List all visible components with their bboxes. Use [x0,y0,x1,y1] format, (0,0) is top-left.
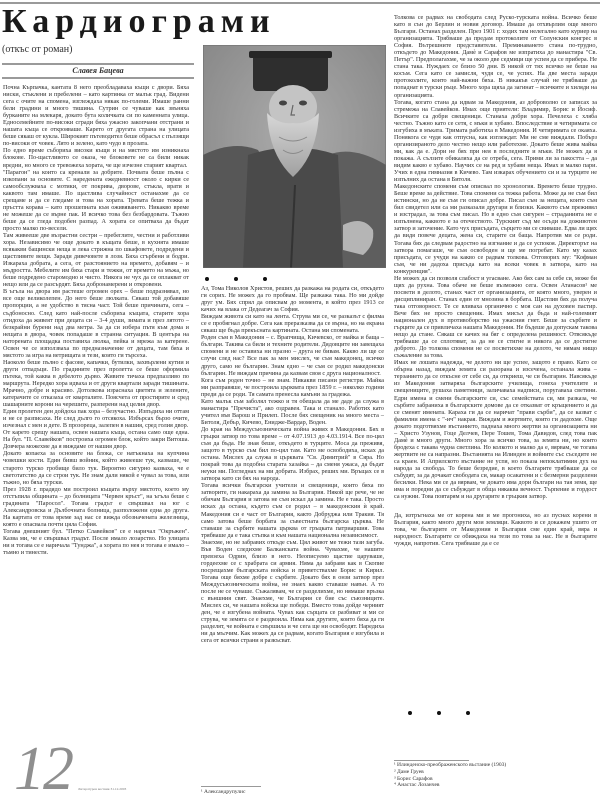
dot [205,277,209,281]
paragraph: До края на Междусъюзническата война живя… [201,426,384,482]
paragraph: Кога съм роден точно – не знам. Никакви … [201,377,384,398]
paragraph: През 1928 г. прадядо ми построил къщата … [3,486,189,528]
paragraph: Да, изтръгнаха ме от корена ми и ме прог… [394,512,597,547]
author-rule-top [2,63,194,65]
author-name: Славея Бацева [2,66,194,75]
dot [263,277,267,281]
paragraph: Виждам живота си като на лента. Струва м… [201,313,384,334]
section-separator-dots-col3 [408,711,470,715]
dot [437,711,441,715]
footnotes-col3: ¹ Илинденско-преображенското въстание (1… [394,762,597,789]
footnote: ¹ Илинденско-преображенското въстание (1… [394,762,597,769]
paragraph: Наоколо беше пълно с фасове, капачки, бу… [3,359,189,408]
text-column-2: Аз, Тома Николов Христов, реших да разка… [201,285,384,725]
author-rule-bottom [2,77,194,79]
dot [466,711,470,715]
dots-spacer [394,500,597,512]
paragraph: Един пролетен ден дойдоха пак хора – без… [3,408,189,429]
text-column-3: Толкова се радвах на свободата след Руск… [394,14,597,720]
portrait-photo [203,45,386,268]
paragraph: "Парагон" на които са кренали за добрите… [3,169,189,232]
paragraph: Тогава всички български учители и свещен… [201,482,384,538]
article-title: Кардиограми [2,4,276,40]
priest-portrait-image [203,45,386,268]
paragraph: В ъгъла на двора им растеше огромен орех… [3,288,189,358]
dot [408,711,412,715]
paragraph: Докато копаеха за основите на блока, се … [3,450,189,485]
section-separator-dots [205,277,267,281]
paragraph: Роден съм в Македония – с. Врапчища, Кич… [201,334,384,376]
footnotes-col2: ¹ Александрупулис [201,789,384,796]
paragraph: Не можех да си позволя слабост и угасван… [394,275,597,360]
paragraph: От карето срещу нашата, освен нашата къщ… [3,429,189,450]
paragraph: Македонските спомени съм описвал по хрон… [394,183,597,275]
paragraph: Знаехме, но не забравих откъде съм. Цял … [201,539,384,645]
paragraph: Като малък съм заболял тежко и тя обещал… [201,398,384,426]
paragraph: Тогава днешният бул. "Петко Славейков" с… [3,528,189,556]
page-number: 12 [14,738,72,800]
dot [234,277,238,281]
footnote-rule-col3 [394,760,469,761]
paragraph: Там живееше две възрастни сестри – пребе… [3,232,189,288]
footnote-rule-col2 [201,786,261,787]
paragraph: Имах не лошата надежда, че делото ни ще … [394,359,597,500]
article-subtitle: (откъс от роман) [2,44,72,55]
publication-info: Литературен вестник 31.12.2003 [78,787,126,791]
text-column-1: Почна Кърпачка, кантата 8 него преоблада… [3,84,189,716]
footnote: ³ Борис Сарафов [394,776,597,783]
paragraph: Тогава, когато стана да идвам за Македон… [394,99,597,184]
footnote: ² Даме Груев [394,769,597,776]
paragraph: Почна Кърпачка, кантата 8 него преоблада… [3,84,189,147]
paragraph: Аз, Тома Николов Христов, реших да разка… [201,285,384,313]
footnote: ¹ Александрупулис [201,789,384,796]
footnote: ⁴ Анастас Лозанчев [394,782,597,789]
paragraph: По едно време събориха високи къщи и на … [3,147,189,168]
paragraph: Толкова се радвах на свободата след Руск… [394,14,597,99]
